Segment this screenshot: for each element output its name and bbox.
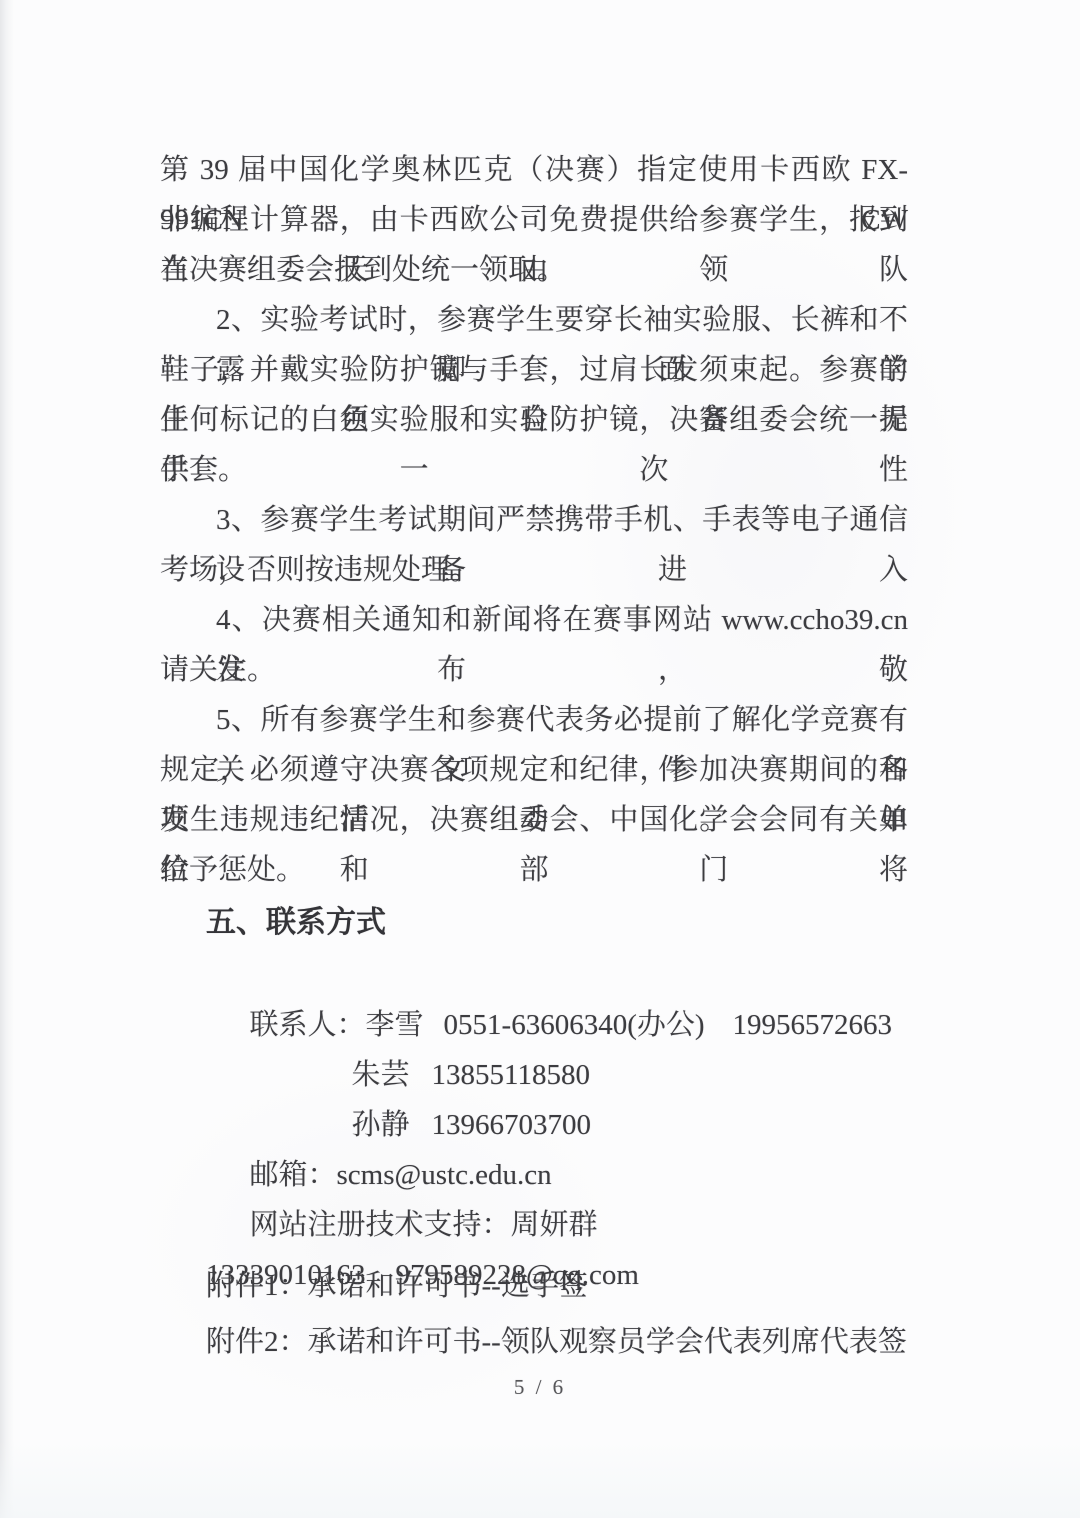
tech-support-label: 网站注册技术支持： [250,1209,511,1241]
contact-section-heading: 五、联系方式 [160,895,908,950]
paragraph-line: 5、所有参赛学生和参赛代表务必提前了解化学竞赛有关文件和 [160,695,908,745]
contact-mobile-phone: 19956572663 [733,1009,893,1041]
contact-name: 朱芸 [352,1059,410,1091]
attachment-item: 附件1：承诺和许可书--选手签 [160,1258,908,1314]
paragraph-line: 第 39 届中国化学奥林匹克（决赛）指定使用卡西欧 FX-991CN CW [160,145,908,195]
paragraph-line: 3、参赛学生考试期间严禁携带手机、手表等电子通信设备进入 [160,495,908,545]
paragraph-line: 任何标记的白色实验服和实验防护镜，决赛组委会统一提供一次性 [160,395,908,445]
contact-name: 李雪 [366,1009,424,1041]
paragraph-line: 规定，必须遵守决赛各项规定和纪律，参加决赛期间的各项活动。如 [160,745,908,795]
tech-support-name: 周妍群 [511,1209,598,1241]
paragraph-line: 发生违规违纪情况，决赛组委会、中国化学会会同有关单位和部门将 [160,795,908,845]
email-value: scms@ustc.edu.cn [337,1159,552,1191]
contact-label: 联系人： [250,1009,366,1041]
body-paragraph: 4、决赛相关通知和新闻将在赛事网站 www.ccho39.cn 发布，敬 请关注… [160,595,908,695]
paragraph-line: 非编程计算器，由卡西欧公司免费提供给参赛学生，报到当天由领队 [160,195,908,245]
contact-row: 联系人：李雪0551-63606340(办公)19956572663 [160,950,908,1000]
document-body: 第 39 届中国化学奥林匹克（决赛）指定使用卡西欧 FX-991CN CW 非编… [160,145,908,1370]
body-paragraph: 5、所有参赛学生和参赛代表务必提前了解化学竞赛有关文件和 规定，必须遵守决赛各项… [160,695,908,895]
page-number: 5 / 6 [0,1372,1080,1402]
contact-name: 孙静 [352,1109,410,1141]
paragraph-line: 2、实验考试时，参赛学生要穿长袖实验服、长裤和不露脚面的 [160,295,908,345]
paragraph-line: 鞋子，并戴实验防护镜与手套，过肩长发须束起。参赛学生须自备无 [160,345,908,395]
contact-mobile-phone: 13855118580 [432,1059,590,1091]
document-page: 第 39 届中国化学奥林匹克（决赛）指定使用卡西欧 FX-991CN CW 非编… [0,0,1080,1518]
contact-mobile-phone: 13966703700 [432,1109,592,1141]
scan-artifact [0,1440,1080,1518]
email-label: 邮箱： [250,1159,337,1191]
contact-office-phone: 0551-63606340(办公) [444,1009,705,1041]
body-paragraph: 3、参赛学生考试期间严禁携带手机、手表等电子通信设备进入 考场，否则按违规处理。 [160,495,908,595]
body-paragraph: 第 39 届中国化学奥林匹克（决赛）指定使用卡西欧 FX-991CN CW 非编… [160,145,908,295]
scan-left-edge [0,0,14,1518]
paragraph-line: 4、决赛相关通知和新闻将在赛事网站 www.ccho39.cn 发布，敬 [160,595,908,645]
attachment-item: 附件2：承诺和许可书--领队观察员学会代表列席代表签 [160,1314,908,1370]
body-paragraph: 2、实验考试时，参赛学生要穿长袖实验服、长裤和不露脚面的 鞋子，并戴实验防护镜与… [160,295,908,495]
